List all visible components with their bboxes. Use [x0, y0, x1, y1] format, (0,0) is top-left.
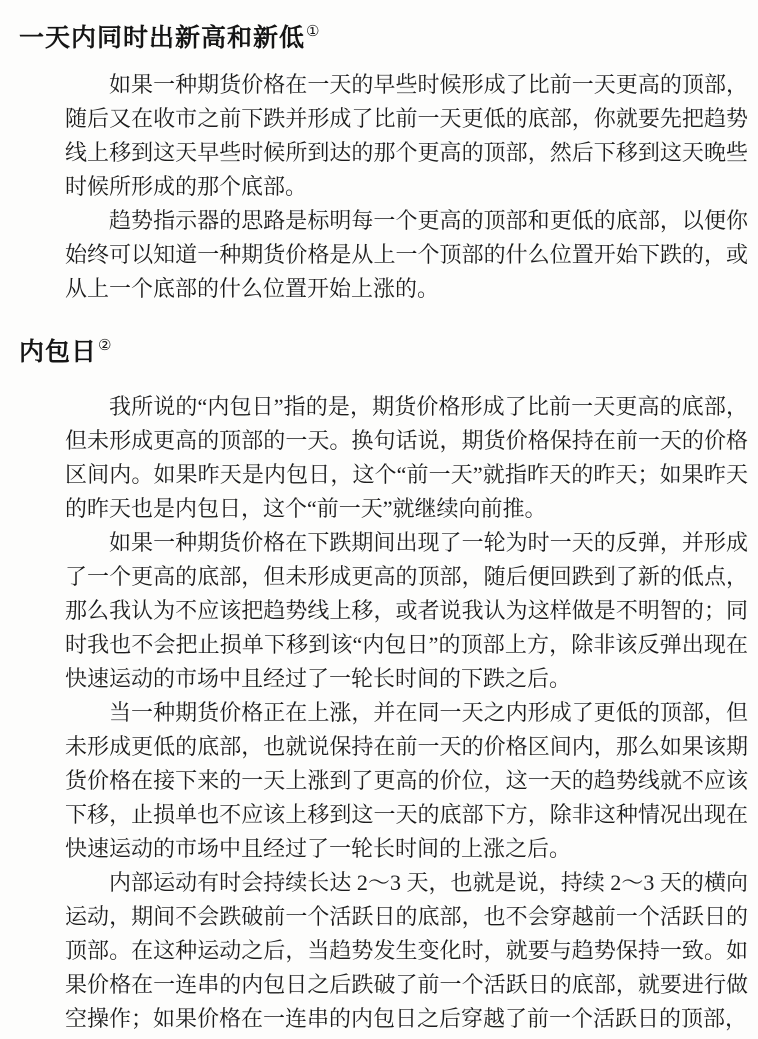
paragraph: 内部运动有时会持续长达 2～3 天，也就是说，持续 2～3 天的横向运动，期间不… — [65, 866, 748, 1036]
heading-text: 一天内同时出新高和新低 — [19, 24, 305, 52]
book-page: 一天内同时出新高和新低① 如果一种期货价格在一天的早些时候形成了比前一天更高的顶… — [0, 0, 758, 1039]
section-heading-new-high-low: 一天内同时出新高和新低① — [19, 16, 758, 54]
paragraph: 如果一种期货价格在下跌期间出现了一轮为时一天的反弹，并形成了一个更高的底部，但未… — [65, 526, 748, 696]
heading-text: 内包日 — [19, 338, 97, 366]
footnote-mark-1: ① — [306, 16, 319, 48]
paragraph: 趋势指示器的思路是标明每一个更高的顶部和更低的底部，以便你始终可以知道一种期货价… — [65, 204, 748, 306]
section-heading-inside-day: 内包日② — [19, 330, 758, 368]
paragraph: 我所说的“内包日”指的是，期货价格形成了比前一天更高的底部，但未形成更高的顶部的… — [65, 390, 748, 526]
section-body-inside-day: 我所说的“内包日”指的是，期货价格形成了比前一天更高的底部，但未形成更高的顶部的… — [65, 390, 748, 1036]
footnote-mark-2: ② — [98, 330, 111, 362]
section-body-new-high-low: 如果一种期货价格在一天的早些时候形成了比前一天更高的顶部，随后又在收市之前下跌并… — [65, 68, 748, 306]
paragraph: 如果一种期货价格在一天的早些时候形成了比前一天更高的顶部，随后又在收市之前下跌并… — [65, 68, 748, 204]
paragraph: 当一种期货价格正在上涨，并在同一天之内形成了更低的顶部，但未形成更低的底部，也就… — [65, 696, 748, 866]
